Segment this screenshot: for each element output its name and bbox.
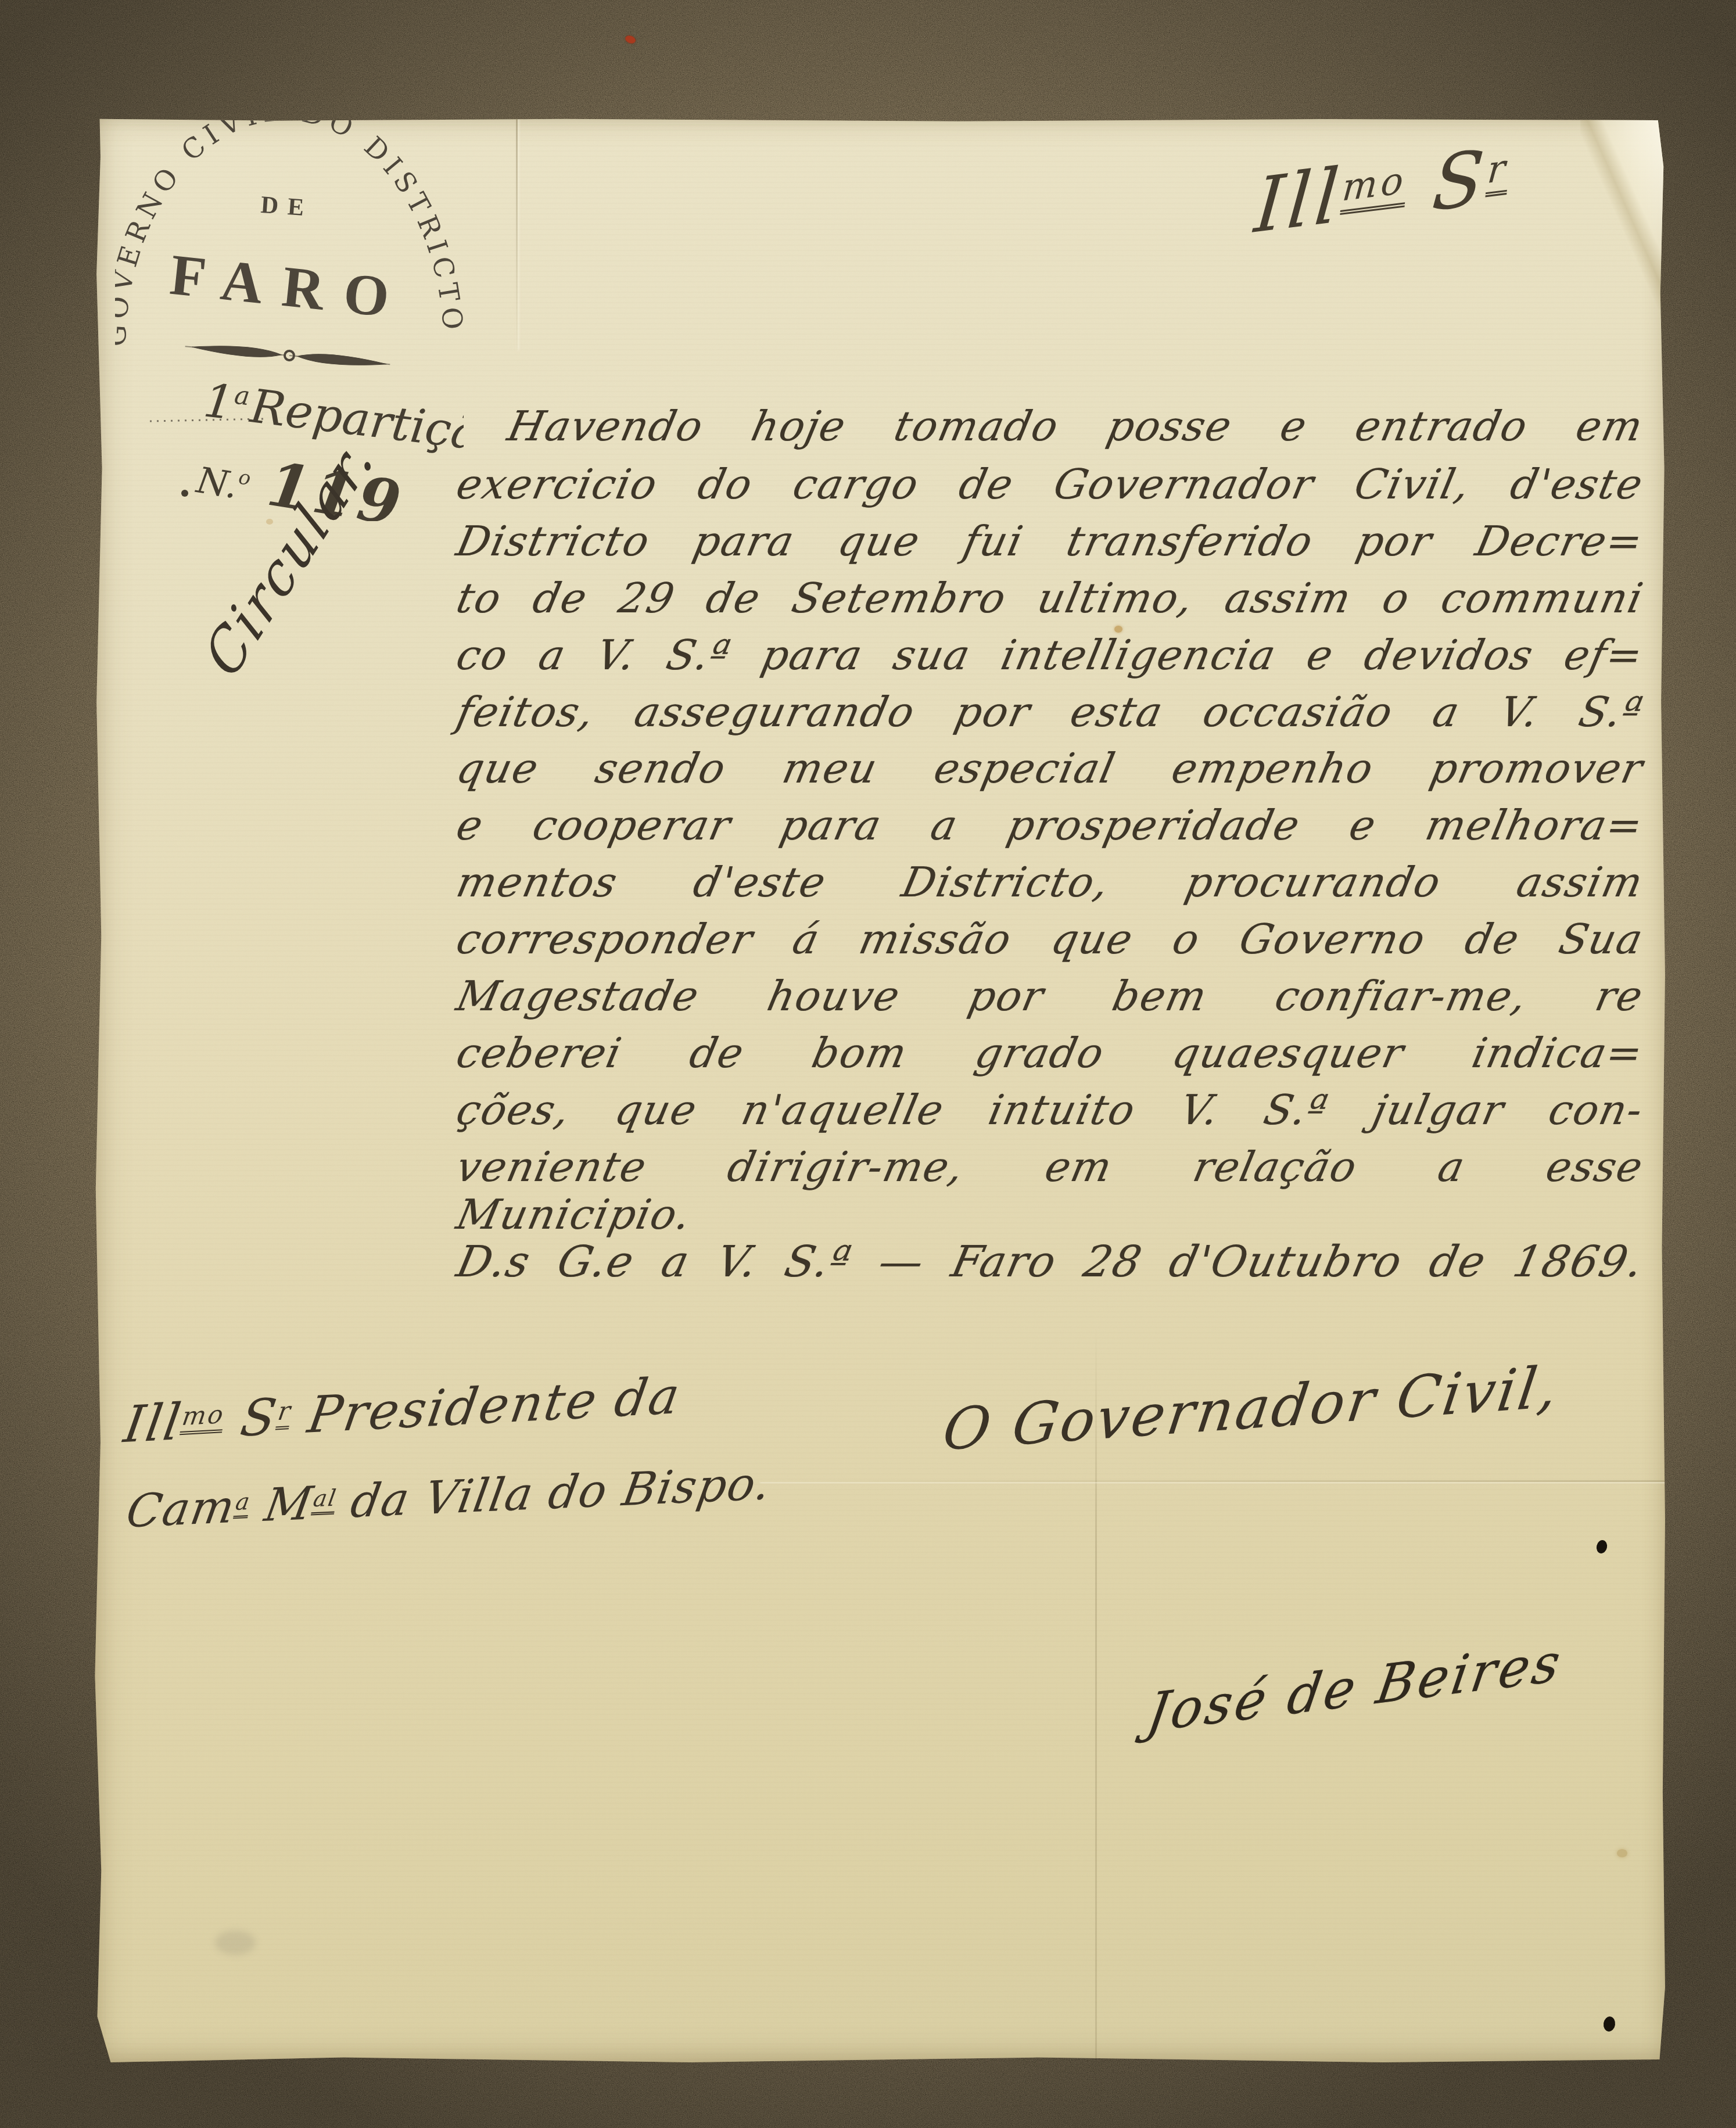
body-line: co a V. S.ª para sua intelligencia e dev… [453, 634, 1647, 676]
addressee-text: Cam [123, 1481, 239, 1538]
addressee-line-2: Cama Mal da Villa do Bispo. [123, 1457, 775, 1538]
salutation-sup: r [1485, 146, 1511, 197]
ink-dot [1595, 1539, 1608, 1554]
body-line: Districto para que fui transferido por D… [453, 521, 1647, 562]
addressee-line-1: Illmo Sr Presidente da [120, 1366, 685, 1454]
body-line: mentos d'este Districto, procurando assi… [453, 862, 1647, 903]
body-line: Magestade houve por bem confiar-me, re [453, 975, 1647, 1017]
letterhead-stamp: GOVERNO CIVIL DO DISTRICTO DE FARO 1aRep… [115, 114, 464, 521]
fold-crease-vertical-top [516, 118, 518, 350]
letter-paper: GOVERNO CIVIL DO DISTRICTO DE FARO 1aRep… [92, 118, 1667, 2065]
body-line: e cooperar para a prosperidade e melhora… [453, 805, 1647, 846]
ink-dot [1602, 2016, 1616, 2033]
foxing-spot [1617, 1849, 1627, 1857]
dateline: D.s G.e a V. S.ª — Faro 28 d'Outubro de … [453, 1240, 1648, 1283]
body-line: corresponder á missão que o Governo de S… [453, 918, 1647, 960]
ink-dot [181, 490, 188, 497]
body-line: Havendo hoje tomado posse e entrado em [453, 405, 1647, 447]
salutation-sup: mo [1340, 159, 1409, 215]
body-line: exercicio do cargo de Governador Civil, … [453, 464, 1647, 505]
salutation: Illmo Sr [1251, 119, 1617, 250]
salutation-text: S [1402, 134, 1491, 232]
salutation-text: Ill [1251, 152, 1346, 250]
addressee-text: da Villa do Bispo. [331, 1457, 775, 1528]
stamp-ornament-divider [185, 342, 394, 369]
signoff: O Governador Civil, [939, 1354, 1563, 1463]
body-line: que sendo meu especial empenho promover [453, 748, 1647, 789]
fold-crease-horizontal [760, 1480, 1667, 1482]
number-label: N.o [193, 458, 253, 509]
stamp-de-text: DE [260, 192, 314, 222]
addressee-text: M [245, 1477, 317, 1533]
body-line: feitos, assegurando por esta occasião a … [453, 691, 1647, 733]
body-line: Municipio. [453, 1194, 1647, 1235]
body-line: to de 29 de Setembro ultimo, assim o com… [453, 577, 1647, 619]
addressee-text: S [219, 1388, 282, 1449]
addressee-text: Ill [120, 1393, 186, 1454]
body-line: veniente dirigir-me, em relação a esse [453, 1146, 1647, 1187]
addressee-text: Presidente da [286, 1366, 685, 1445]
smudge-mark [215, 1930, 256, 1955]
signature: José de Beires [1143, 1631, 1567, 1745]
body-line: ceberei de bom grado quaesquer indica= [453, 1032, 1647, 1074]
scanned-letter-view: GOVERNO CIVIL DO DISTRICTO DE FARO 1aRep… [0, 0, 1736, 2128]
body-line: ções, que n'aquelle intuito V. S.ª julga… [453, 1089, 1647, 1131]
addressee-sup: mo [180, 1400, 227, 1435]
stamp-city-text: FARO [167, 242, 412, 331]
